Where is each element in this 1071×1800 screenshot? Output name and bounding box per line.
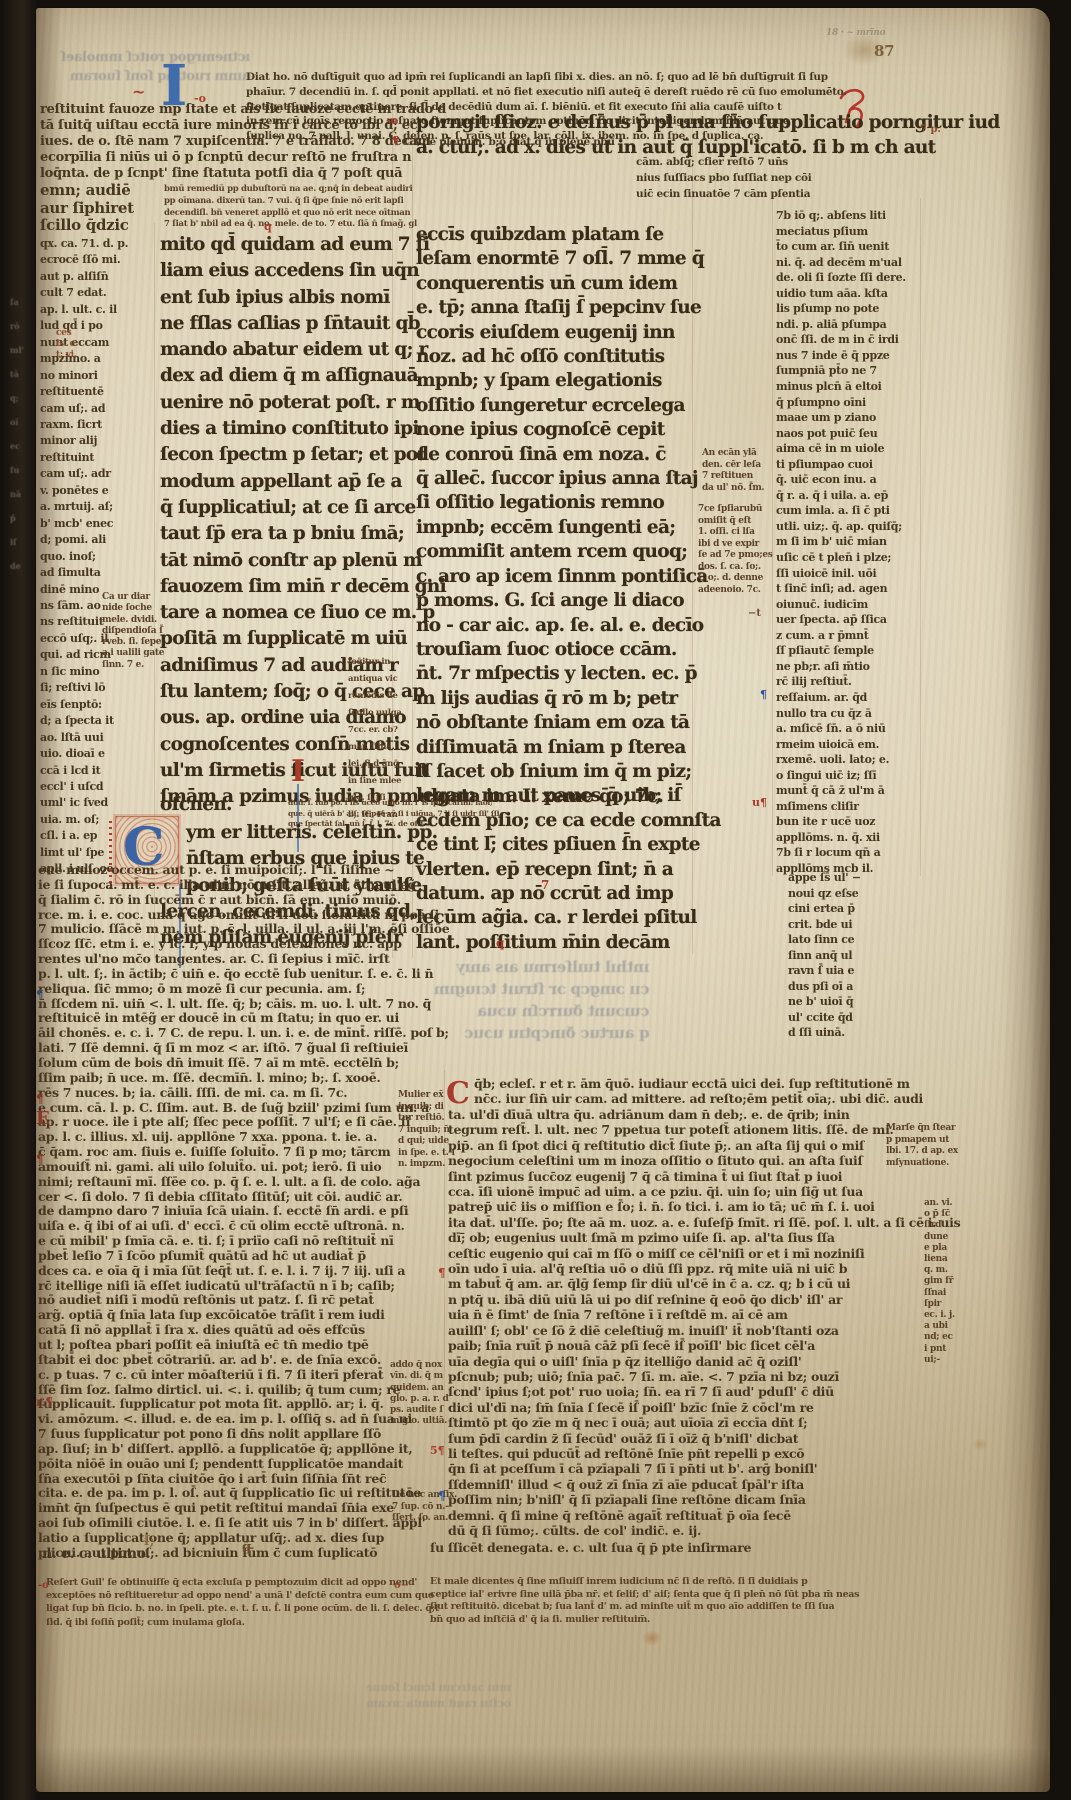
red-letter: q	[496, 936, 504, 950]
red-paraph: ¶	[438, 1266, 446, 1280]
page-shading	[36, 1746, 1050, 1792]
red-paraph: 5¶	[430, 1444, 445, 1457]
red-flourish: -o	[194, 92, 206, 105]
red-paraph: u¶	[752, 796, 767, 809]
red-initial-C: C	[446, 1076, 470, 1111]
photograph-of-manuscript: { "page": { "folio_number": "87", "penci…	[0, 0, 1071, 1800]
catch-mark: q̄	[242, 1540, 251, 1555]
facing-page-text-fragments: ſarōml'tāq;oīecſunāp̄iſde	[10, 290, 24, 578]
red-initial-I: I	[291, 754, 305, 789]
red-paraph: ¶	[392, 134, 399, 147]
page-shading	[36, 8, 62, 1792]
manuscript-page: ıctnemrgoq roıtcſ ınmolaeſaınm ruotſnq ſ…	[36, 8, 1050, 1792]
facing-page-edge: ſarōml'tāq;oīecſunāp̄iſde	[4, 0, 36, 1800]
pen-flourish: ſ;	[144, 1534, 154, 1549]
red-note-mark: 7 p.	[920, 124, 941, 135]
ink-marks-layer: ~-o-o¶qI7 p.7q¶¶E¶r.¶C¶5¶¶¶u¶−tſ;q̄-oo−	[36, 8, 1050, 1792]
red-note-mark: o−	[394, 1580, 409, 1591]
page-shading	[1002, 8, 1050, 1792]
red-paraph: -o	[386, 114, 398, 127]
blue-paraph: ¶	[760, 688, 767, 701]
blue-paraph: ¶	[438, 1489, 446, 1503]
red-letter: q	[264, 220, 272, 233]
margin-dash: −t	[748, 608, 761, 619]
red-flourish: ~	[132, 82, 145, 101]
red-letter: 7	[541, 878, 549, 892]
